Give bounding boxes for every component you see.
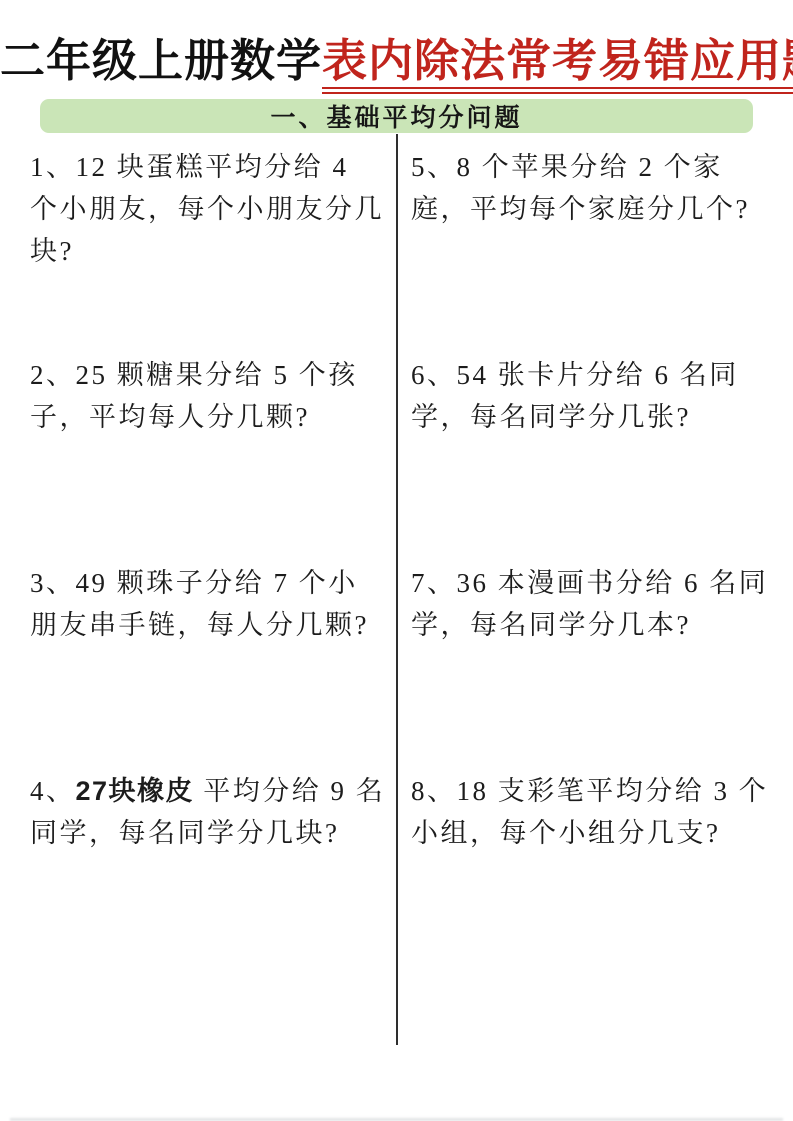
problem-1-text: 1、12 块蛋糕平均分给 4 个小朋友，每个小朋友分几块? <box>30 146 387 272</box>
problem-2-text: 2、25 颗糖果分给 5 个孩子，平均每人分几颗? <box>30 354 387 438</box>
section-banner: 一、基础平均分问题 <box>40 99 753 133</box>
column-divider-line <box>396 134 398 1045</box>
section-banner-label: 一、基础平均分问题 <box>270 98 522 134</box>
problem-6-text: 6、54 张卡片分给 6 名同学，每名同学分几张? <box>411 354 777 438</box>
problem-text-emphasis: 27块橡皮 <box>76 776 195 806</box>
problems-right-column: 5、8 个苹果分给 2 个家庭，平均每个家庭分几个? 6、54 张卡片分给 6 … <box>397 134 793 1045</box>
problem-text-run: 5、8 个苹果分给 2 个家庭，平均每个家庭分几个? <box>411 152 750 224</box>
problems-area: 1、12 块蛋糕平均分给 4 个小朋友，每个小朋友分几块? 2、25 颗糖果分给… <box>0 134 793 1045</box>
problem-text-run: 6、54 张卡片分给 6 名同学，每名同学分几张? <box>411 360 739 432</box>
problem-2: 2、25 颗糖果分给 5 个孩子，平均每人分几颗? <box>0 342 397 550</box>
problem-text-run: 1、12 块蛋糕平均分给 4 个小朋友，每个小朋友分几块? <box>30 152 384 266</box>
problem-text-run: 4、 <box>30 776 76 806</box>
page-title-red-part: 表内除法常考易错应用题 <box>322 36 793 94</box>
problem-text-run: 7、36 本漫画书分给 6 名同学，每名同学分几本? <box>411 568 768 640</box>
problem-text-run: 3、49 颗珠子分给 7 个小朋友串手链，每人分几颗? <box>30 568 369 640</box>
problem-text-run: 8、18 支彩笔平均分给 3 个小组，每个小组分几支? <box>411 776 768 848</box>
page-title-black-part: 二年级上册数学 <box>0 36 322 86</box>
problem-8-text: 8、18 支彩笔平均分给 3 个小组，每个小组分几支? <box>411 770 777 854</box>
problem-6: 6、54 张卡片分给 6 名同学，每名同学分几张? <box>397 342 793 550</box>
problem-3-text: 3、49 颗珠子分给 7 个小朋友串手链，每人分几颗? <box>30 562 387 646</box>
problem-7: 7、36 本漫画书分给 6 名同学，每名同学分几本? <box>397 550 793 758</box>
problems-left-column: 1、12 块蛋糕平均分给 4 个小朋友，每个小朋友分几块? 2、25 颗糖果分给… <box>0 134 397 1045</box>
page-title: 二年级上册数学表内除法常考易错应用题 <box>0 30 793 92</box>
problem-1: 1、12 块蛋糕平均分给 4 个小朋友，每个小朋友分几块? <box>0 134 397 342</box>
problem-3: 3、49 颗珠子分给 7 个小朋友串手链，每人分几颗? <box>0 550 397 758</box>
problem-4: 4、27块橡皮 平均分给 9 名同学，每名同学分几块? <box>0 758 397 966</box>
problem-5: 5、8 个苹果分给 2 个家庭，平均每个家庭分几个? <box>397 134 793 342</box>
problem-text-run: 2、25 颗糖果分给 5 个孩子，平均每人分几颗? <box>30 360 358 432</box>
problem-7-text: 7、36 本漫画书分给 6 名同学，每名同学分几本? <box>411 562 777 646</box>
problem-8: 8、18 支彩笔平均分给 3 个小组，每个小组分几支? <box>397 758 793 966</box>
problem-5-text: 5、8 个苹果分给 2 个家庭，平均每个家庭分几个? <box>411 146 777 230</box>
problem-4-text: 4、27块橡皮 平均分给 9 名同学，每名同学分几块? <box>30 770 387 854</box>
